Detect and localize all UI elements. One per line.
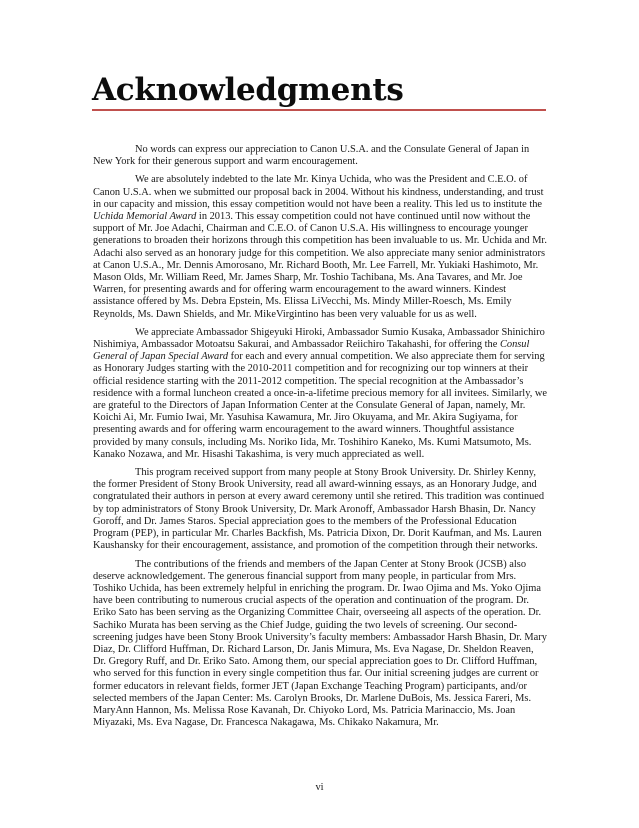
body-text: No words can express our appreciation to… xyxy=(93,144,548,735)
paragraph-text: in 2013. This essay competition could no… xyxy=(93,211,547,320)
paragraph-text: We appreciate Ambassador Shigeyuki Hirok… xyxy=(93,327,545,350)
paragraph-japan-center: The contributions of the friends and mem… xyxy=(93,559,548,730)
page-title: Acknowledgments xyxy=(92,72,404,108)
paragraph-text: for each and every annual competition. W… xyxy=(93,351,547,460)
document-page: Acknowledgments No words can express our… xyxy=(0,0,639,828)
paragraph-ambassadors: We appreciate Ambassador Shigeyuki Hirok… xyxy=(93,327,548,461)
paragraph-text: The contributions of the friends and mem… xyxy=(93,559,547,729)
paragraph-canon-consulate: No words can express our appreciation to… xyxy=(93,144,548,168)
paragraph-canon-usa: We are absolutely indebted to the late M… xyxy=(93,174,548,320)
title-underline-rule xyxy=(92,109,546,111)
award-name-italic: Uchida Memorial Award xyxy=(93,211,196,222)
paragraph-text: This program received support from many … xyxy=(93,467,544,551)
page-number: vi xyxy=(0,782,639,793)
paragraph-stony-brook: This program received support from many … xyxy=(93,467,548,552)
paragraph-text: We are absolutely indebted to the late M… xyxy=(93,174,543,209)
paragraph-text: No words can express our appreciation to… xyxy=(93,144,529,167)
